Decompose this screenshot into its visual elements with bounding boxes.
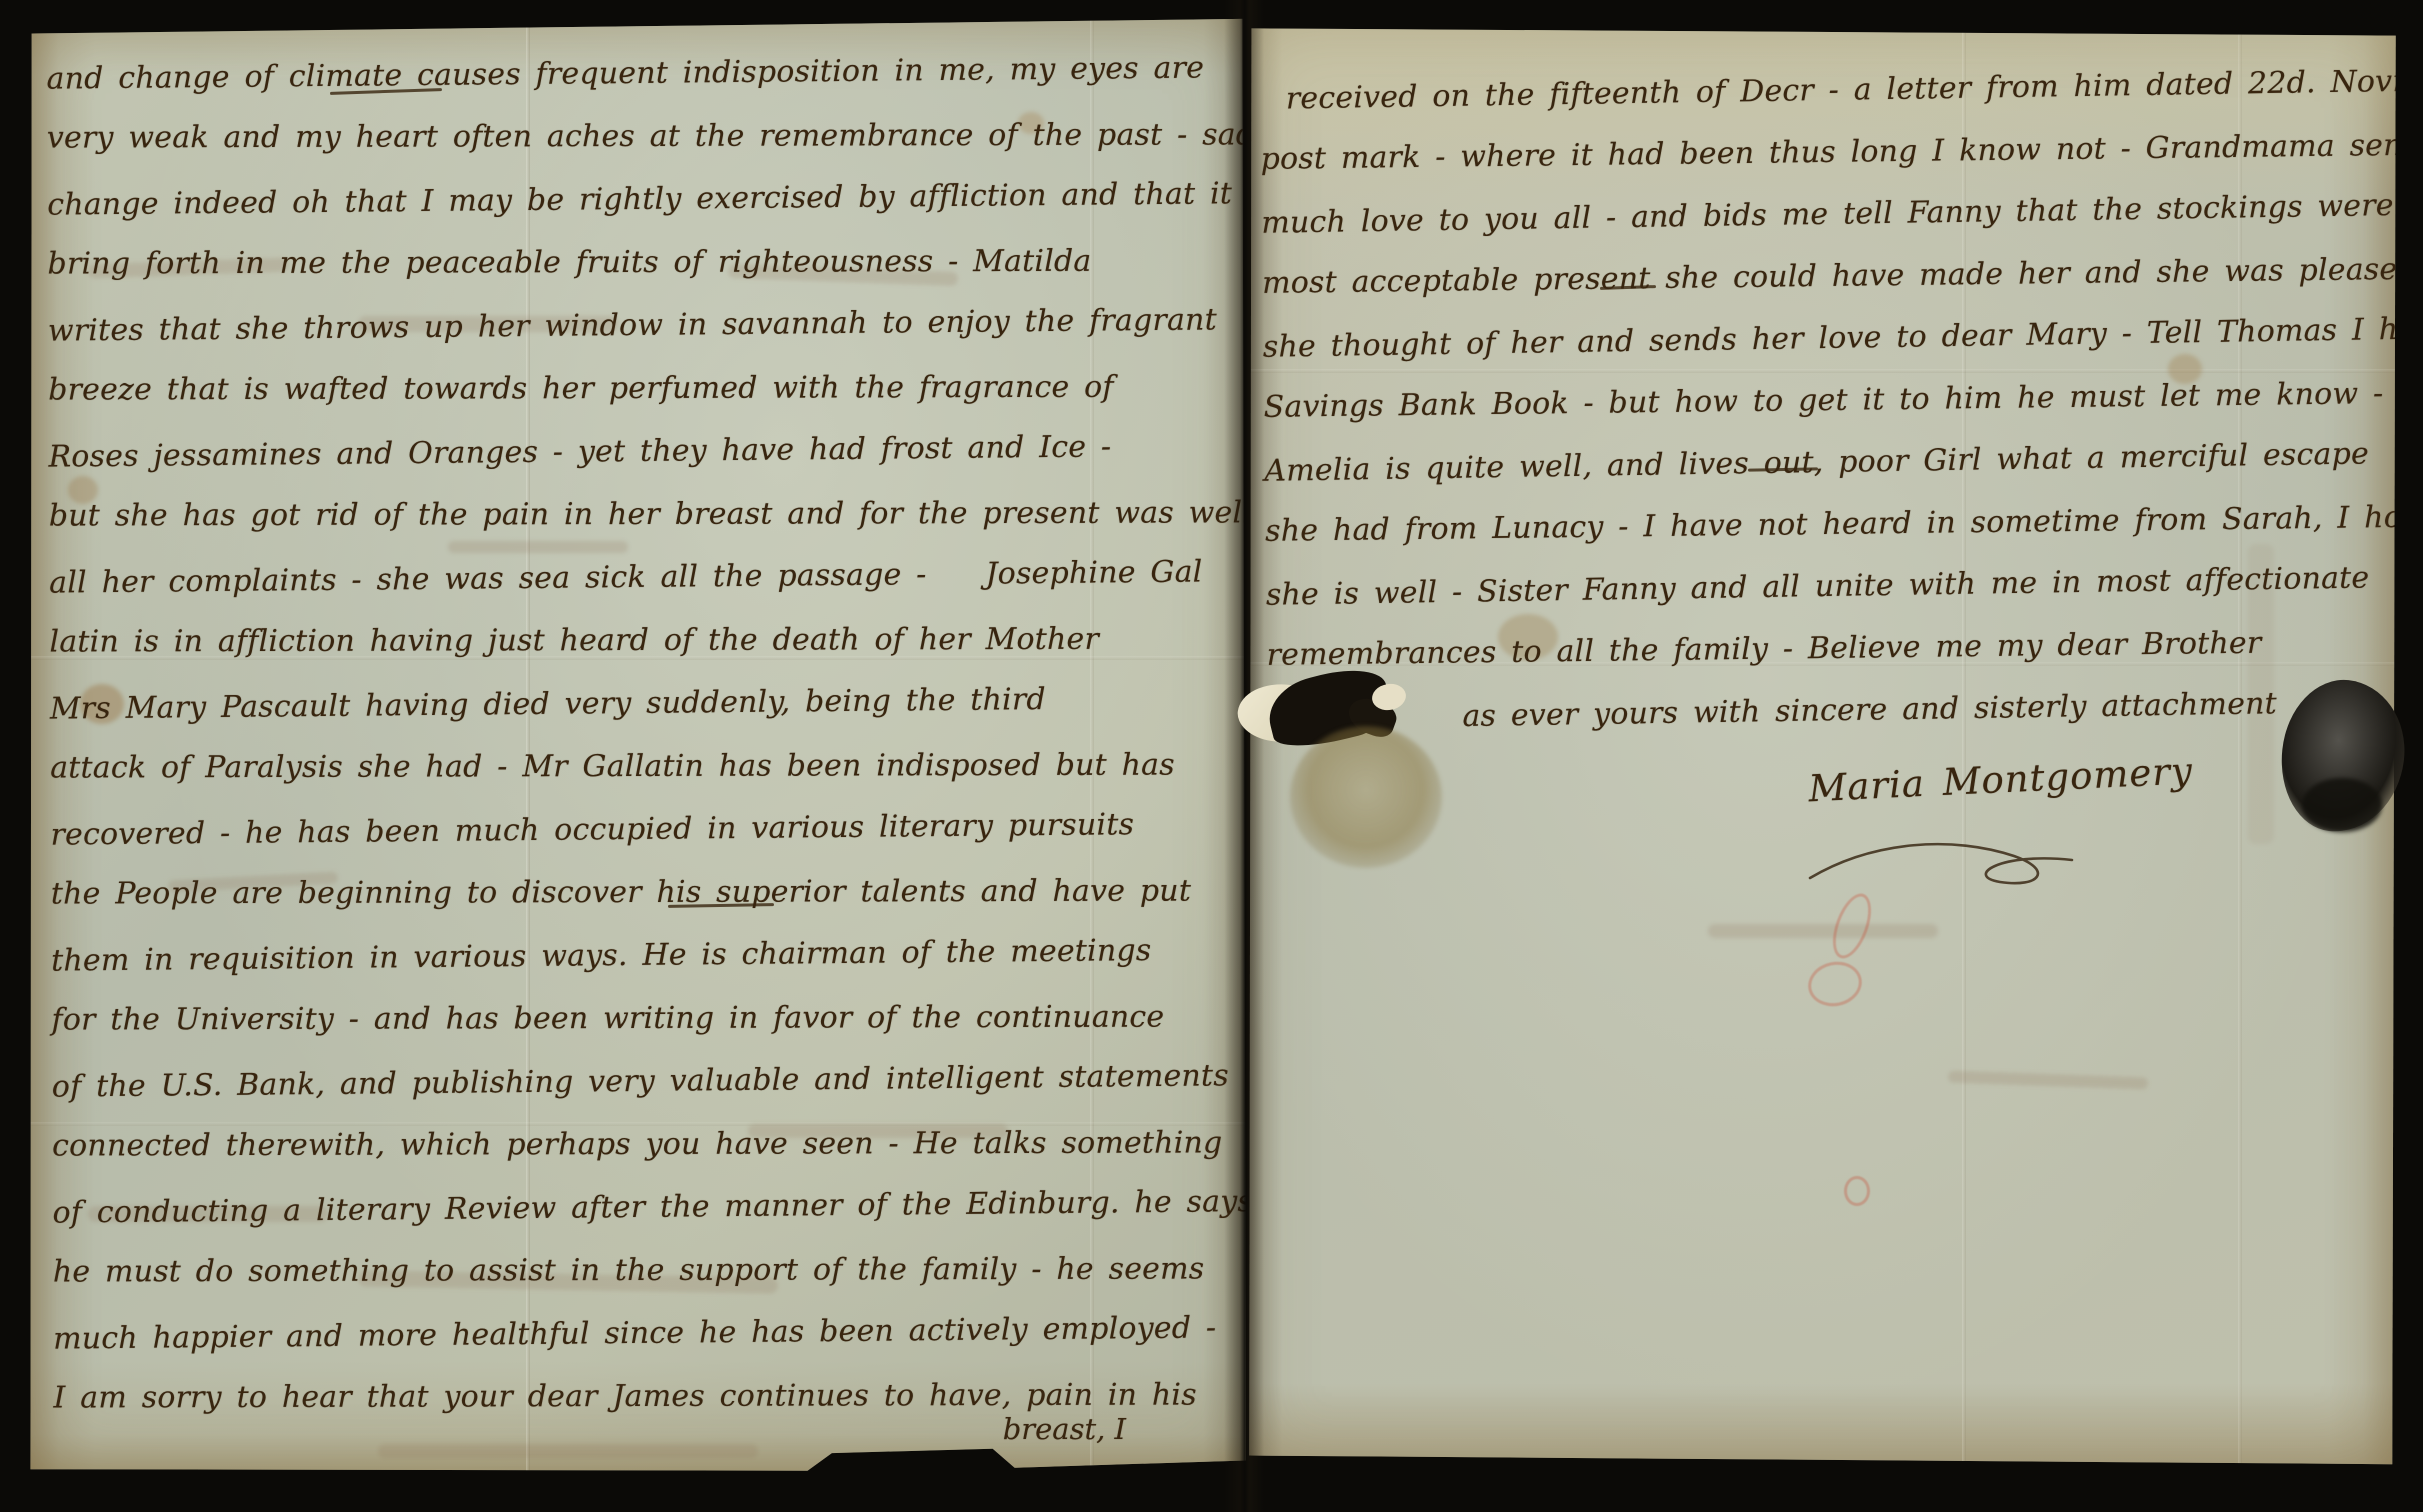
letter-line: of the U.S. Bank, and publishing very va… bbox=[52, 1044, 1221, 1118]
letter-line: of conducting a literary Review after th… bbox=[52, 1170, 1221, 1244]
letter-line: Roses jessamines and Oranges - yet they … bbox=[48, 414, 1217, 488]
letter-line: and change of climate causes frequent in… bbox=[46, 36, 1215, 110]
letter-line: but she has got rid of the pain in her b… bbox=[49, 481, 1217, 547]
ghost-bleed bbox=[1708, 924, 1938, 938]
letter-line: them in requisition in various ways. He … bbox=[51, 918, 1220, 992]
letter-line: for the University - and has been writin… bbox=[51, 985, 1219, 1051]
letter-body-right: received on the fifteenth of Decr - a le… bbox=[1259, 53, 2388, 817]
letter-scan: and change of climate causes frequent in… bbox=[0, 0, 2423, 1512]
letter-line: bring forth in me the peaceable fruits o… bbox=[47, 229, 1215, 295]
letter-line: latin is in affliction having just heard… bbox=[49, 607, 1217, 673]
letter-line: very weak and my heart often aches at th… bbox=[47, 103, 1215, 169]
letter-line: all her complaints - she was sea sick al… bbox=[49, 540, 1218, 614]
letter-line: Mrs Mary Pascault having died very sudde… bbox=[50, 666, 1219, 740]
red-chalk-mark bbox=[1804, 957, 1866, 1011]
wax-seal-stain bbox=[2302, 778, 2382, 832]
letter-line: recovered - he has been much occupied in… bbox=[50, 792, 1219, 866]
ghost-bleed bbox=[1948, 1071, 2148, 1090]
letter-line: the People are beginning to discover his… bbox=[51, 859, 1219, 925]
red-chalk-mark bbox=[1844, 1176, 1870, 1206]
letter-line: connected therewith, which perhaps you h… bbox=[52, 1111, 1220, 1177]
ink-smudge bbox=[1290, 726, 1442, 868]
ghost-bleed bbox=[378, 1444, 758, 1458]
letter-line: he must do something to assist in the su… bbox=[53, 1237, 1221, 1303]
letter-line: much happier and more healthful since he… bbox=[53, 1296, 1222, 1370]
letter-line: writes that she throws up her window in … bbox=[48, 288, 1217, 362]
letter-line: breeze that is wafted towards her perfum… bbox=[48, 355, 1216, 421]
catchword: breast, I bbox=[1003, 1412, 1126, 1446]
letter-line: attack of Paralysis she had - Mr Gallati… bbox=[50, 733, 1218, 799]
letter-body-left: and change of climate causes frequent in… bbox=[46, 39, 1221, 1431]
letter-line: change indeed oh that I may be rightly e… bbox=[47, 162, 1216, 236]
signature-flourish bbox=[1804, 830, 2104, 900]
left-page: and change of climate causes frequent in… bbox=[28, 16, 1246, 1478]
page-gutter bbox=[1224, 0, 1264, 1512]
